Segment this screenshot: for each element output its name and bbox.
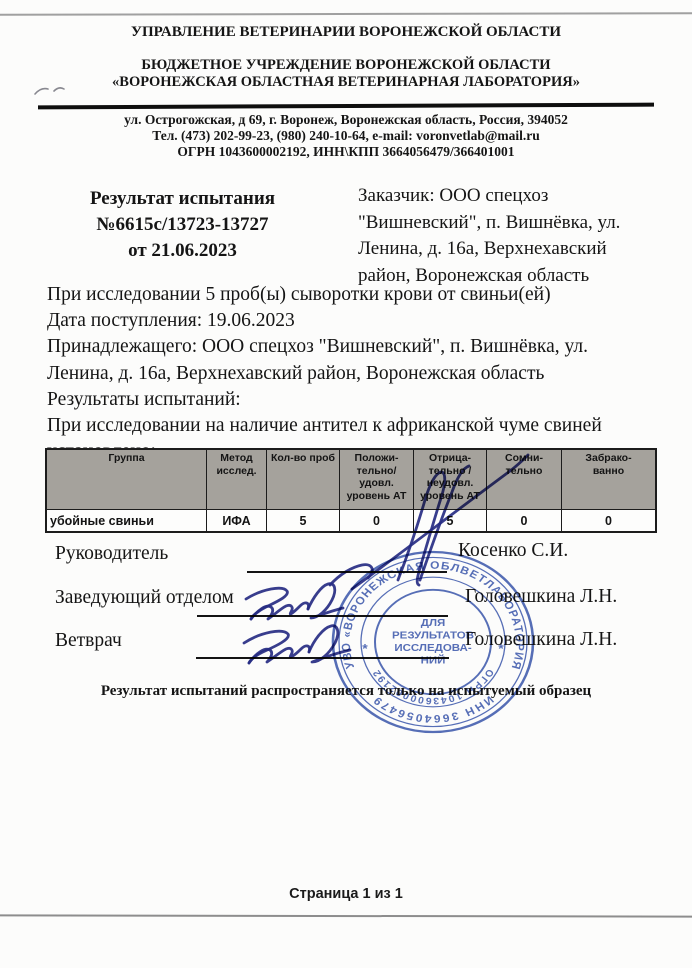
signer-name-director: Косенко С.И. <box>458 540 568 562</box>
body-text: При исследовании 5 проб(ы) сыворотки кро… <box>47 282 677 465</box>
table-cell-method: ИФА <box>207 509 267 531</box>
letterhead-org-line1: БЮДЖЕТНОЕ УЧРЕЖДЕНИЕ ВОРОНЕЖСКОЙ ОБЛАСТИ <box>0 57 692 74</box>
signer-name-veterinarian: Головешкина Л.Н. <box>465 629 617 651</box>
table-header-group: Группа <box>47 450 207 509</box>
letterhead-contacts: ул. Острогожская, д 69, г. Воронеж, Воро… <box>0 112 692 160</box>
customer-line: "Вишневский", п. Вишнёвка, ул. <box>358 210 668 237</box>
signature-line-veterinarian <box>196 657 449 659</box>
body-line-receipt-date: Дата поступления: 19.06.2023 <box>47 308 677 334</box>
customer-line: Ленина, д. 16а, Верхнехавский <box>358 236 668 263</box>
letterhead-address: ул. Острогожская, д 69, г. Воронеж, Воро… <box>0 112 692 128</box>
result-number: №6615с/13723-13727 <box>55 212 310 238</box>
table-cell-negative: 5 <box>414 509 487 531</box>
body-line-owner-1: Принадлежащего: ООО спецхоз "Вишневский"… <box>47 334 677 360</box>
disclaimer-note: Результат испытаний распространяется тол… <box>0 683 692 700</box>
page-number: Страница 1 из 1 <box>0 886 692 902</box>
table-header-method: Метод исслед. <box>207 450 267 509</box>
signer-title-director: Руководитель <box>55 543 168 565</box>
letterhead-organization: БЮДЖЕТНОЕ УЧРЕЖДЕНИЕ ВОРОНЕЖСКОЙ ОБЛАСТИ… <box>0 57 692 91</box>
signer-title-head-of-department: Заведующий отделом <box>55 587 234 609</box>
signature-line-head-of-department <box>197 615 448 617</box>
letterhead-phone-email: Тел. (473) 202-99-23, (980) 240-10-64, e… <box>0 128 692 144</box>
scanned-document-page: УПРАВЛЕНИЕ ВЕТЕРИНАРИИ ВОРОНЕЖСКОЙ ОБЛАС… <box>0 0 692 968</box>
body-line-test-1: При исследовании на наличие антител к аф… <box>47 413 677 439</box>
table-cell-positive: 0 <box>340 509 414 531</box>
result-date: от 21.06.2023 <box>55 238 310 264</box>
table-cell-rejected: 0 <box>562 509 655 531</box>
table-header-sample-count: Кол-во проб <box>267 450 340 509</box>
signature-head-of-department <box>246 584 343 619</box>
customer-block: Заказчик: ООО спецхоз "Вишневский", п. В… <box>358 183 668 289</box>
table-header-rejected: Забрако- ванно <box>562 450 655 509</box>
customer-line: Заказчик: ООО спецхоз <box>358 183 668 210</box>
stamp-center-line1: ДЛЯ <box>421 617 446 628</box>
body-line-samples: При исследовании 5 проб(ы) сыворотки кро… <box>47 282 677 308</box>
table-header-negative: Отрица- тельно / неудовл. уровень АТ <box>414 450 487 509</box>
scan-artifact-top-line <box>0 12 692 15</box>
result-title: Результат испытания <box>55 186 310 212</box>
stamp-separator-left: * <box>362 641 368 655</box>
stamp-center-line3: ИССЛЕДОВА- <box>394 642 472 653</box>
table-header-positive: Положи- тельно/ удовл. уровень АТ <box>340 450 414 509</box>
table-row: убойные свиньи ИФА 5 0 5 0 0 <box>47 509 655 531</box>
letterhead-department: УПРАВЛЕНИЕ ВЕТЕРИНАРИИ ВОРОНЕЖСКОЙ ОБЛАС… <box>0 24 692 41</box>
stamp-center-line2: РЕЗУЛЬТАТОВ <box>392 630 474 641</box>
result-title-block: Результат испытания №6615с/13723-13727 о… <box>55 186 310 264</box>
table-cell-sample-count: 5 <box>267 509 340 531</box>
table-header-doubtful: Сомни- тельно <box>487 450 562 509</box>
body-line-results-label: Результаты испытаний: <box>47 387 677 413</box>
scan-artifact-bottom-line <box>0 914 692 917</box>
results-table: Группа Метод исслед. Кол-во проб Положи-… <box>45 448 657 533</box>
signer-title-veterinarian: Ветврач <box>55 630 122 652</box>
body-line-owner-2: Ленина, д. 16а, Верхнехавский район, Вор… <box>47 361 677 387</box>
table-cell-group: убойные свиньи <box>47 509 207 531</box>
letterhead-divider-rule <box>38 103 654 110</box>
stamp-center-line4: НИЙ <box>421 654 446 666</box>
letterhead-registration: ОГРН 1043600002192, ИНН\КПП 3664056479/3… <box>0 144 692 160</box>
table-cell-doubtful: 0 <box>487 509 562 531</box>
letterhead-org-line2: «ВОРОНЕЖСКАЯ ОБЛАСТНАЯ ВЕТЕРИНАРНАЯ ЛАБО… <box>0 74 692 91</box>
table-header-row: Группа Метод исслед. Кол-во проб Положи-… <box>47 450 655 509</box>
signature-line-director <box>247 571 447 573</box>
signer-name-head-of-department: Головешкина Л.Н. <box>465 586 617 608</box>
